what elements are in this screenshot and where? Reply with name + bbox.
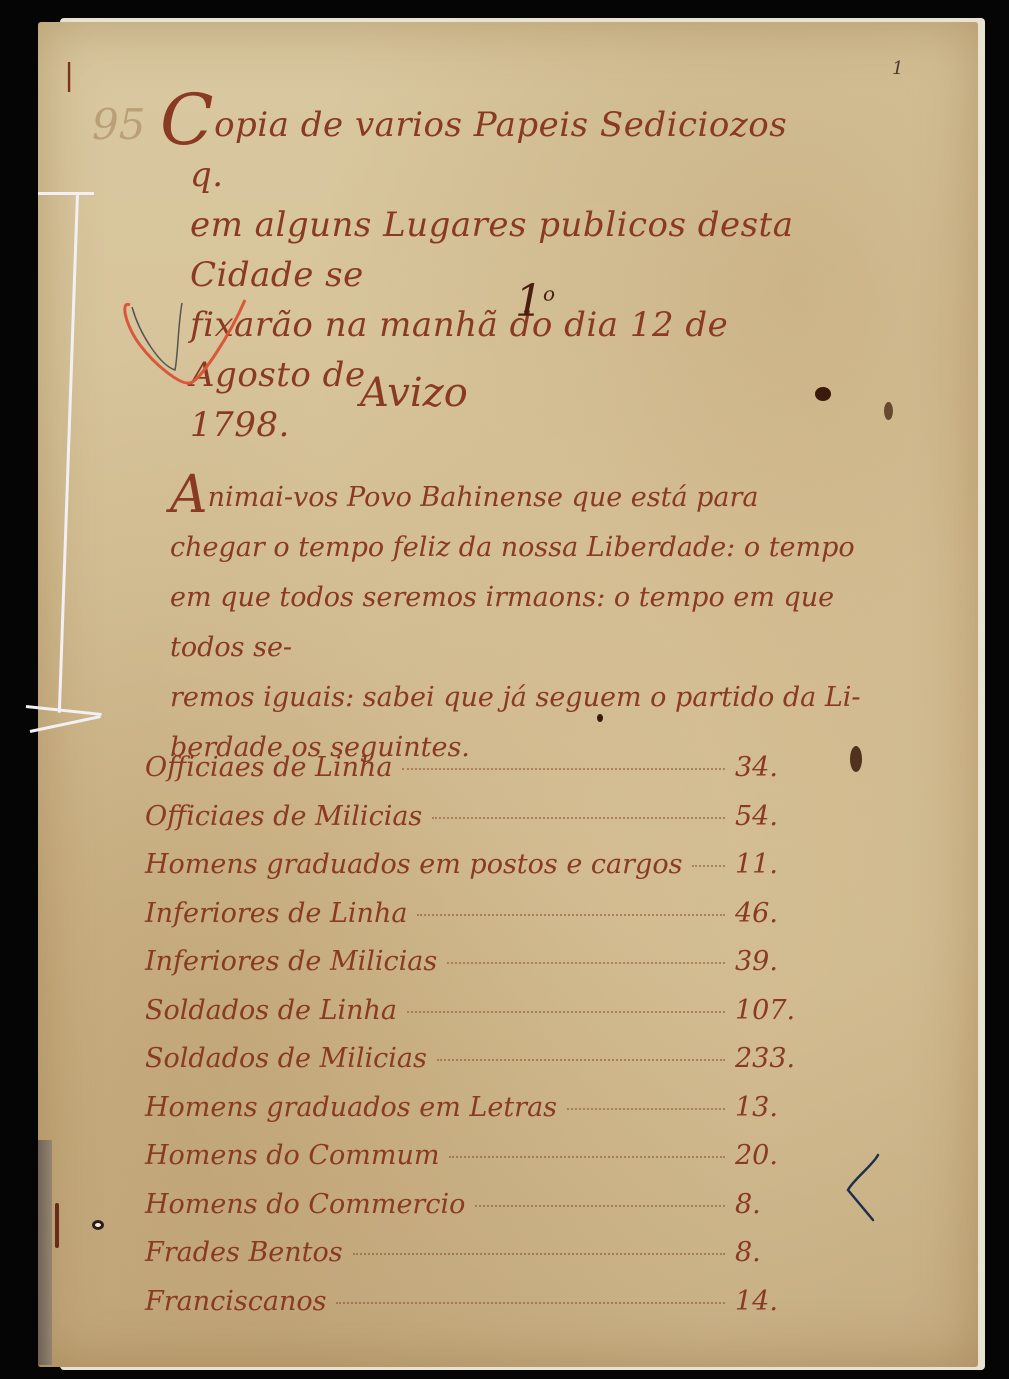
list-item: Inferiores de Milicias39. (145, 946, 805, 995)
list-item: Frades Bentos8. (145, 1237, 805, 1286)
title-dropcap: C (160, 79, 214, 161)
list-item: Soldados de Milicias233. (145, 1043, 805, 1092)
supporters-list: Officiaes de Linha34. Officiaes de Milic… (145, 752, 805, 1334)
list-item: Homens do Commum20. (145, 1140, 805, 1189)
body-line-4: remos iguais: sabei que já seguem o part… (170, 673, 900, 723)
ink-blot (884, 402, 893, 420)
list-item: Soldados de Linha107. (145, 995, 805, 1044)
title-line-3: fixarão na manhã do dia 12 de Agosto de (190, 300, 830, 400)
list-item: Inferiores de Linha46. (145, 898, 805, 947)
body-line-2: chegar o tempo feliz da nossa Liberdade:… (170, 523, 900, 573)
margin-mark: | (64, 58, 74, 93)
proclamation-body: Animai-vos Povo Bahinense que está para … (170, 470, 900, 773)
list-item: Homens graduados em postos e cargos11. (145, 849, 805, 898)
spine-shadow (38, 1140, 52, 1365)
body-dropcap: A (170, 465, 208, 525)
binding-thread-top (38, 192, 94, 195)
list-item: Franciscanos14. (145, 1286, 805, 1335)
red-pencil-check-icon (120, 295, 260, 395)
punch-hole (92, 1220, 104, 1230)
title-line-1: Copia de varios Papeis Sediciozos q. (190, 95, 830, 200)
title-line-2: em alguns Lugares publicos desta Cidade … (190, 200, 830, 300)
ink-blot (815, 387, 831, 401)
body-line-1: Animai-vos Povo Bahinense que está para (170, 470, 900, 523)
list-item: Officiaes de Linha34. (145, 752, 805, 801)
list-item: Homens do Commercio8. (145, 1189, 805, 1238)
margin-tick-mark (55, 1203, 59, 1248)
title-line-4: 1798. (190, 400, 830, 450)
body-line-3: em que todos seremos irmaons: o tempo em… (170, 573, 900, 673)
folio-number: 1 (892, 58, 903, 79)
list-item: Officiaes de Milicias54. (145, 801, 805, 850)
document-title: Copia de varios Papeis Sediciozos q. em … (190, 95, 830, 450)
list-item: Homens graduados em Letras13. (145, 1092, 805, 1141)
faint-page-number: 95 (92, 100, 145, 149)
blue-pencil-check-icon (838, 1150, 888, 1230)
section-number: 1o (515, 276, 555, 327)
heading-avizo: Avizo (360, 370, 468, 416)
